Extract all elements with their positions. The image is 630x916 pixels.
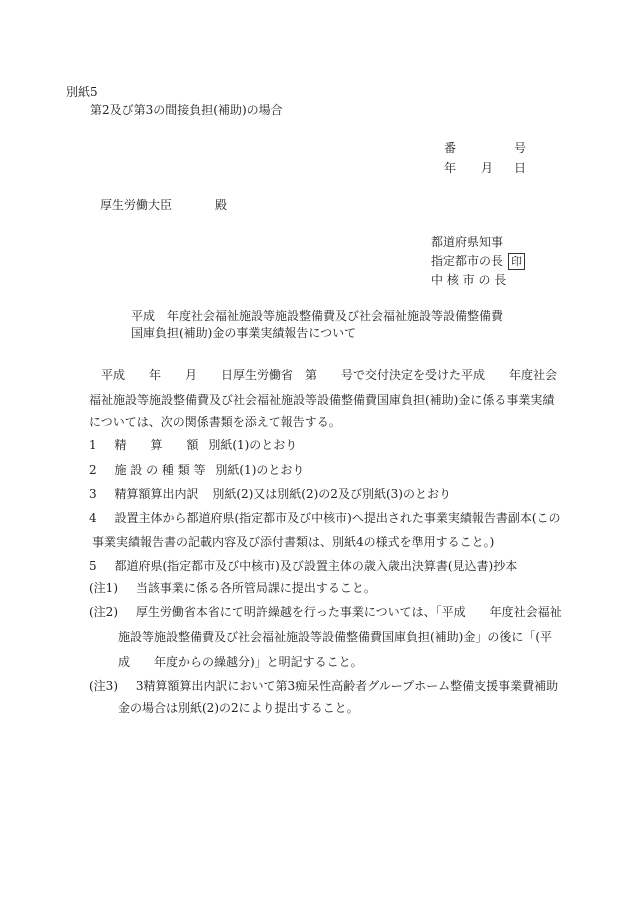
item-label: 精 算 額 xyxy=(114,438,198,452)
addressee-name: 厚生労働大臣 xyxy=(100,197,172,213)
number-suffix: 号 xyxy=(514,140,526,156)
note-3: (注3) 3精算額算出内訳において第3痴呆性高齢者グループホーム整備支援事業費補… xyxy=(89,678,558,694)
seal-icon: 印 xyxy=(508,253,525,270)
sender-line-2-text: 指定都市の長 xyxy=(431,254,503,268)
sender-line-3: 中 核 市 の 長 xyxy=(431,272,506,288)
list-item-4: 4 設置主体から都道府県(指定都市及び中核市)へ提出された事業実績報告書副本(こ… xyxy=(89,510,561,526)
item-text: 設置主体から都道府県(指定都市及び中核市)へ提出された事業実績報告書副本(この xyxy=(114,511,560,525)
item-number: 1 xyxy=(89,438,97,452)
body-line-3: については、次の関係書類を添えて報告する。 xyxy=(89,414,341,430)
note-text: 厚生労働省本省にて明許繰越を行った事業については、「平成 年度社会福祉 xyxy=(136,605,562,619)
attachment-label: 別紙5 xyxy=(66,84,98,100)
list-item-5: 5 都道府県(指定都市及び中核市)及び設置主体の歳入歳出決算書(見込書)抄本 xyxy=(89,558,517,574)
note-1: (注1) 当該事業に係る各所管局課に提出すること。 xyxy=(89,580,376,596)
body-line-1: 平成 年 月 日厚生労働省 第 号で交付決定を受けた平成 年度社会 xyxy=(101,367,557,383)
document-subtitle: 第2及び第3の間接負担(補助)の場合 xyxy=(90,102,283,118)
list-item-4-continuation: 事業実績報告書の記載内容及び添付書類は、別紙4の様式を準用すること。) xyxy=(92,534,494,550)
sender-line-1: 都道府県知事 xyxy=(431,234,503,250)
list-item-2: 2 施 設 の 種 類 等 別紙(1)のとおり xyxy=(89,462,304,478)
note-text: 3精算額算出内訳において第3痴呆性高齢者グループホーム整備支援事業費補助 xyxy=(136,679,558,693)
number-label: 番 xyxy=(444,140,456,156)
title-line-1: 平成 年度社会福祉施設等施設整備費及び社会福祉施設等設備整備費 xyxy=(131,308,503,324)
note-label: (注2) xyxy=(89,605,118,619)
item-text: 別紙(2)又は別紙(2)の2及び別紙(3)のとおり xyxy=(212,487,451,501)
note-text: 当該事業に係る各所管局課に提出すること。 xyxy=(136,581,376,595)
item-text: 都道府県(指定都市及び中核市)及び設置主体の歳入歳出決算書(見込書)抄本 xyxy=(114,559,517,573)
addressee-honorific: 殿 xyxy=(215,197,227,213)
item-number: 2 xyxy=(89,463,97,477)
item-text: 別紙(1)のとおり xyxy=(208,438,297,452)
note-2-line-3: 成 年度からの繰越分)」と明記すること。 xyxy=(118,654,363,670)
date-year: 年 xyxy=(444,160,456,176)
note-2-line-2: 施設等施設整備費及び社会福祉施設等設備整備費国庫負担(補助)金」の後に「(平 xyxy=(118,629,552,645)
note-3-line-2: 金の場合は別紙(2)の2により提出すること。 xyxy=(118,700,359,716)
note-label: (注1) xyxy=(89,581,118,595)
list-item-1: 1 精 算 額 別紙(1)のとおり xyxy=(89,437,297,453)
date-day: 日 xyxy=(514,160,526,176)
sender-line-2: 指定都市の長印 xyxy=(431,253,525,270)
note-2: (注2) 厚生労働省本省にて明許繰越を行った事業については、「平成 年度社会福祉 xyxy=(89,604,562,620)
item-label: 精算額算出内訳 xyxy=(114,487,198,501)
note-label: (注3) xyxy=(89,679,118,693)
title-line-2: 国庫負担(補助)金の事業実績報告について xyxy=(131,325,356,341)
item-label: 施 設 の 種 類 等 xyxy=(114,463,205,477)
date-month: 月 xyxy=(481,160,493,176)
item-text: 別紙(1)のとおり xyxy=(215,463,304,477)
list-item-3: 3 精算額算出内訳 別紙(2)又は別紙(2)の2及び別紙(3)のとおり xyxy=(89,486,451,502)
item-number: 4 xyxy=(89,511,97,525)
item-number: 3 xyxy=(89,487,97,501)
body-line-2: 福祉施設等施設整備費及び社会福祉施設等設備整備費国庫負担(補助)金に係る事業実績 xyxy=(89,392,554,408)
item-number: 5 xyxy=(89,559,97,573)
